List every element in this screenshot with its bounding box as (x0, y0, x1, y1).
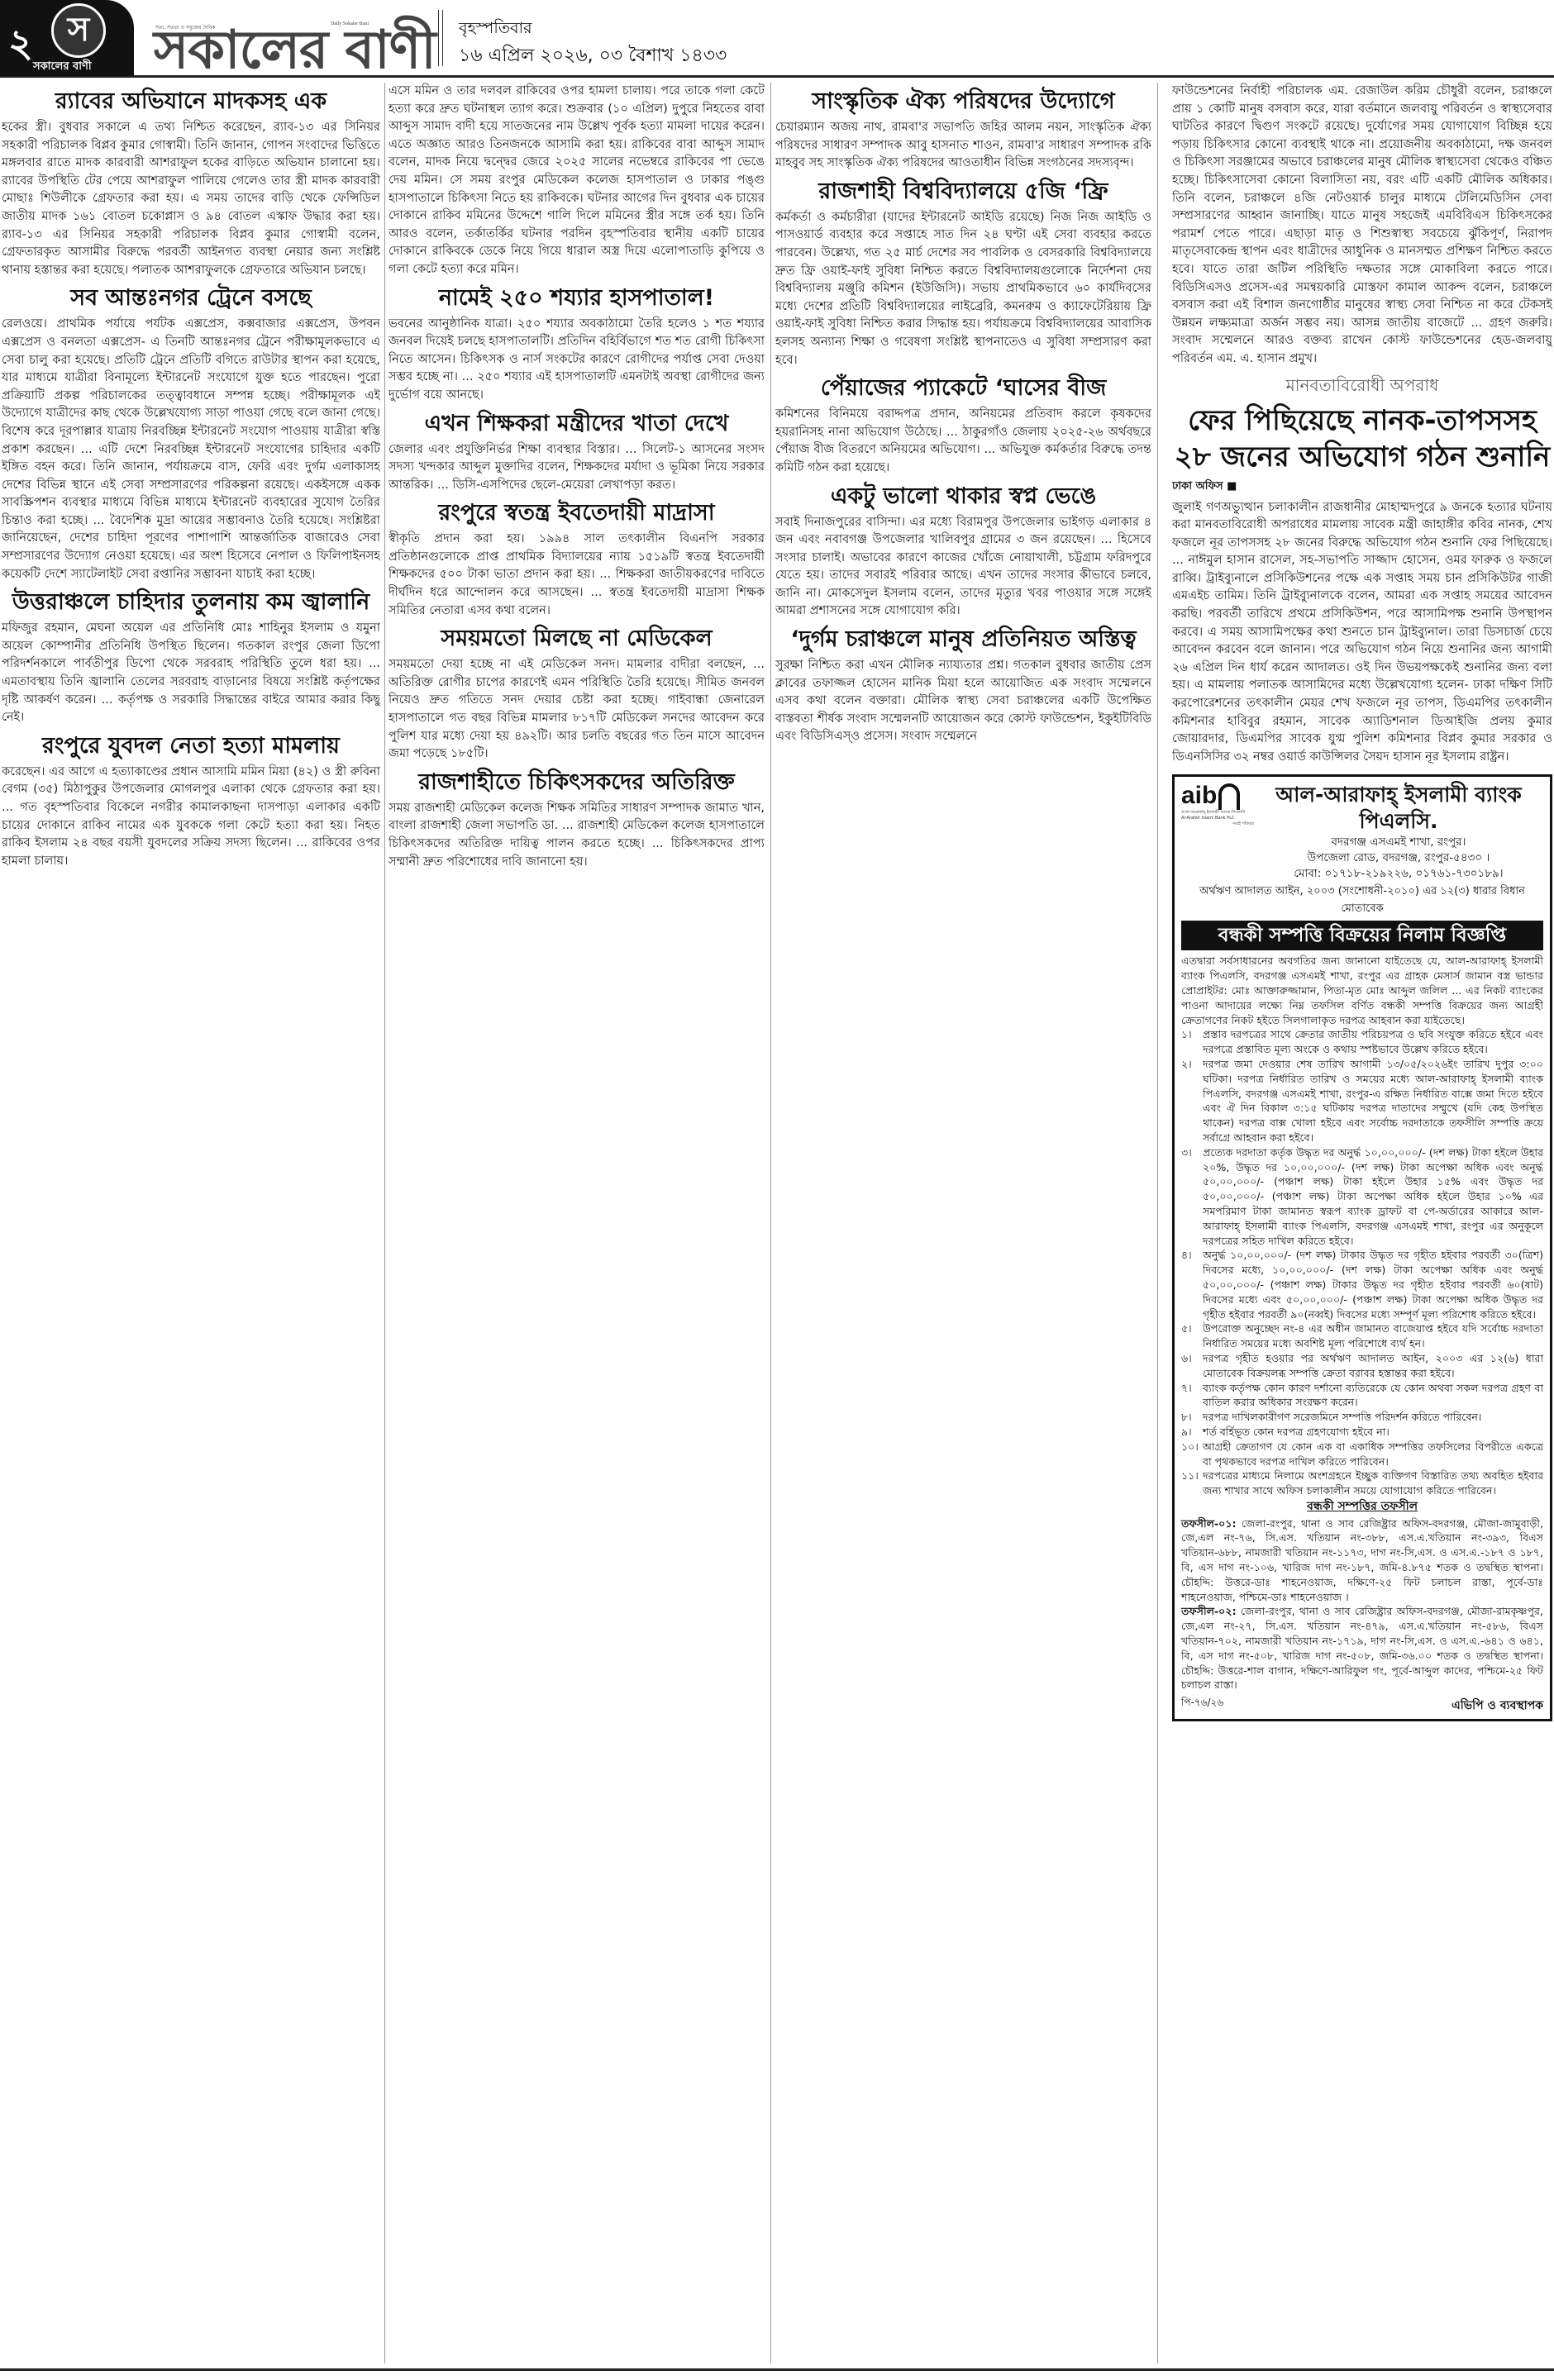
signatory: এভিপি ও ব্যবস্থাপক (1452, 1696, 1543, 1716)
ad-footer: পি-৭৬/২৬ এভিপি ও ব্যবস্থাপক (1181, 1696, 1543, 1716)
page-tab: ২ স সকালের বাণী (0, 0, 134, 76)
notice-item: ২।দরপত্র জমা দেওয়ার শেষ তারিখ আগামী ১৩/… (1181, 1057, 1543, 1145)
headline: এখন শিক্ষকরা মন্ত্রীদের খাতা দেখে (388, 410, 765, 438)
story-body: রেলওয়ে। প্রাথমিক পর্যায়ে পর্যটক এক্সপ্… (2, 316, 380, 583)
headline: ‘দুর্গম চরাঞ্চলে মানুষ প্রতিনিয়ত অস্তিত… (775, 626, 1151, 654)
headline: সব আন্তঃনগর ট্রেনে বসছে (2, 284, 380, 312)
issue-day: বৃহস্পতিবার (459, 17, 532, 43)
item-number: ১০। (1181, 1440, 1203, 1469)
notice-item: ৬।দরপত্র গৃহীত হওয়ার পর অর্থঋণ আদালত আই… (1181, 1351, 1543, 1381)
news-story: একটু ভালো থাকার স্বপ্ন ভেঙে সবাই দিনাজপু… (775, 483, 1151, 621)
bank-logo: aib আল-আরাফাহ্ ইসলামী ব্যাংক পিএলসি Al-A… (1181, 782, 1254, 827)
headline: রাজশাহীতে চিকিৎসকদের অতিরিক্ত (388, 769, 765, 797)
item-number: ৭। (1181, 1381, 1203, 1411)
item-text: দরপত্র গৃহীত হওয়ার পর অর্থঋণ আদালত আইন,… (1203, 1351, 1543, 1381)
item-text: দরপত্র দাখিলকারীগণ সরেজমিনে সম্পত্তি পরি… (1203, 1410, 1543, 1425)
notice-item: ৩।প্রত্যেক দরদাতা কর্তৃক উদ্ধৃত দর অনুর্… (1181, 1145, 1543, 1249)
logo-subtext-en: Al-Arafah Islami Bank PLC (1181, 816, 1254, 821)
page-bottom-rule (0, 2368, 1554, 2371)
page-number: ২ (8, 15, 33, 78)
notice-body: এতদ্বারা সর্বসাধারনের অবগতির জন্য জানানো… (1181, 954, 1543, 1692)
story-body: কমিশনের বিনিময়ে বরাদ্দপত্র প্রদান, অনিয… (775, 406, 1151, 477)
news-story: ‘দুর্গম চরাঞ্চলে মানুষ প্রতিনিয়ত অস্তিত… (775, 626, 1151, 746)
item-number: ৪। (1181, 1248, 1203, 1321)
news-story: ফাউন্ডেশনের নির্বাহী পরিচালক এম. রেজাউল … (1172, 83, 1552, 369)
column-2: এসে মমিন ও তার দলবল রাকিবের ওপর হামলা চা… (388, 83, 765, 2363)
column-divider (1157, 83, 1158, 2363)
schedule-text: জেলা-রংপুর, থানা ও সাব রেজিষ্ট্রার অফিস-… (1181, 1605, 1543, 1691)
item-text: দরপত্র জমা দেওয়ার শেষ তারিখ আগামী ১৩/০৫… (1203, 1057, 1543, 1145)
item-number: ৬। (1181, 1351, 1203, 1381)
logo-icon: স (51, 3, 106, 58)
column-1: র‌্যাবের অভিযানে মাদকসহ এক হকের স্ত্রী। … (2, 83, 380, 2363)
column-divider (384, 83, 385, 2363)
story-body: সুরক্ষা নিশ্চিত করা এখন মৌলিক ন্যায্যতার… (775, 657, 1151, 746)
column-divider (770, 83, 771, 2363)
column-4: ফাউন্ডেশনের নির্বাহী পরিচালক এম. রেজাউল … (1172, 83, 1552, 2368)
feature-kicker: মানবতাবিরোধী অপরাধ (1172, 374, 1552, 401)
item-text: প্রস্তাব দরপত্রের সাথে ক্রেতার জাতীয় পর… (1203, 1027, 1543, 1057)
story-body: জেলার এবং প্রযুক্তিনির্ভর শিক্ষা ব্যবস্থ… (388, 441, 765, 495)
headline: সময়মতো মিলছে না মেডিকেল (388, 625, 765, 653)
news-story: রাজশাহী বিশ্ববিদ্যালয়ে ৫জি ‘ফ্রি কর্মকর… (775, 178, 1151, 369)
schedule-title: বন্ধকী সম্পত্তির তফসীল (1181, 1500, 1543, 1515)
item-text: উপরোক্ত অনুচ্ছেদ নং-৪ এর অধীন জামানত বাজ… (1203, 1321, 1543, 1351)
masthead: ২ স সকালের বাণী সত্য, সততা ও সবুজের দৈনি… (0, 0, 1554, 78)
item-text: দরপত্রের মাধ্যমে নিলামে অংশগ্রহনে ইচ্ছুক… (1203, 1468, 1543, 1498)
notice-item: ১।প্রস্তাব দরপত্রের সাথে ক্রেতার জাতীয় … (1181, 1027, 1543, 1057)
logo-subtext-bn: আল-আরাফাহ্ ইসলামী ব্যাংক পিএলসি (1181, 810, 1254, 816)
headline: সাংস্কৃতিক ঐক্য পরিষদের উদ্যোগে (775, 88, 1151, 116)
story-body: সময় রাজশাহী মেডিকেল কলেজ শিক্ষক সমিতির … (388, 800, 765, 871)
headline: রংপুরে যুবদল নেতা হত্যা মামলায় (2, 732, 380, 760)
headline: র‌্যাবের অভিযানে মাদকসহ এক (2, 88, 380, 116)
bank-name: আল-আরাফাহ্ ইসলামী ব্যাংক পিএলসি. (1254, 782, 1543, 835)
phone-numbers: মোবা: ০১৭১৮-২১৯২২৬, ০১৭৬১-৭৩০১৮৯। (1254, 866, 1543, 882)
news-story: উত্তরাঞ্চলে চাহিদার তুলনায় কম জ্বালানি … (2, 588, 380, 727)
branch-name: বদরগঞ্জ এসএমই শাখা, রংপুর। (1254, 835, 1543, 850)
notice-banner: বন্ধকী সম্পত্তি বিক্রয়ের নিলাম বিজ্ঞপ্ত… (1181, 921, 1543, 950)
news-story: রাজশাহীতে চিকিৎসকদের অতিরিক্ত সময় রাজশা… (388, 769, 765, 871)
item-number: ১১। (1181, 1468, 1203, 1498)
logo-tagline: সবাই পরিবার (1181, 821, 1254, 827)
schedule-label: তফসীল-০২: (1181, 1605, 1237, 1617)
notice-item: ৭।ব্যাংক কর্তৃপক্ষ কোন কারণ দর্শানো ব্যত… (1181, 1381, 1543, 1411)
item-text: প্রত্যেক দরদাতা কর্তৃক উদ্ধৃত দর অনুর্দ্… (1203, 1145, 1543, 1249)
notice-item: ৮।দরপত্র দাখিলকারীগণ সরেজমিনে সম্পত্তি প… (1181, 1410, 1543, 1425)
item-number: ১। (1181, 1027, 1203, 1057)
news-story: র‌্যাবের অভিযানে মাদকসহ এক হকের স্ত্রী। … (2, 88, 380, 279)
notice-item: ৫।উপরোক্ত অনুচ্ছেদ নং-৪ এর অধীন জামানত ব… (1181, 1321, 1543, 1351)
schedule-label: তফসীল-০১: (1181, 1517, 1237, 1530)
branch-address: উপজেলা রোড, বদরগঞ্জ, রংপুর-৫৪৩০ । (1254, 850, 1543, 866)
feature-story: মানবতাবিরোধী অপরাধ ফের পিছিয়েছে নানক-তা… (1172, 374, 1552, 767)
story-body: হকের স্ত্রী। বুধবার সকালে এ তথ্য নিশ্চিত… (2, 119, 380, 279)
story-body: মফিজুর রহমান, মেঘনা অয়েল এর প্রতিনিধি ম… (2, 620, 380, 727)
news-story: এসে মমিন ও তার দলবল রাকিবের ওপর হামলা চা… (388, 83, 765, 279)
feature-headline-line1: ফের পিছিয়েছে নানক-তাপসসহ (1172, 402, 1552, 439)
headline: পেঁয়াজের প্যাকেটে ‘ঘাসের বীজ (775, 374, 1151, 402)
masthead-divider (438, 10, 443, 66)
issue-date: ১৬ এপ্রিল ২০২৬, ০৩ বৈশাখ ১৪৩৩ (459, 41, 727, 72)
news-story: নামেই ২৫০ শয্যার হাসপাতাল! ভবনের আনুষ্ঠা… (388, 284, 765, 405)
headline: একটু ভালো থাকার স্বপ্ন ভেঙে (775, 483, 1151, 511)
item-number: ৫। (1181, 1321, 1203, 1351)
headline: নামেই ২৫০ শয্যার হাসপাতাল! (388, 284, 765, 312)
law-reference: অর্থঋণ আদালত আইন, ২০০৩ (সংশোধনী-২০১০) এর… (1181, 883, 1543, 918)
ad-ref-code: পি-৭৬/২৬ (1181, 1696, 1223, 1716)
item-text: ব্যাংক কর্তৃপক্ষ কোন কারণ দর্শানো ব্যতির… (1203, 1381, 1543, 1411)
notice-item: ১১।দরপত্রের মাধ্যমে নিলামে অংশগ্রহনে ইচ্… (1181, 1468, 1543, 1498)
story-body: সময়মতো দেয়া হচ্ছে না এই মেডিকেল সনদ। ম… (388, 656, 765, 764)
item-number: ৯। (1181, 1425, 1203, 1440)
story-body: চেয়ারম্যান অজয় নাথ, রামবা'র সভাপতি জহি… (775, 119, 1151, 173)
story-body: করেছেন। এর আগে এ হত্যাকাণ্ডের প্রধান আসা… (2, 764, 380, 871)
story-body: এসে মমিন ও তার দলবল রাকিবের ওপর হামলা চা… (388, 83, 765, 279)
item-text: শর্ত বর্হিভূত কোন দরপত্র গ্রহণযোগ্য হইবে… (1203, 1425, 1543, 1440)
schedule-entry: তফসীল-০২: জেলা-রংপুর, থানা ও সাব রেজিষ্ট… (1181, 1604, 1543, 1692)
schedule-text: জেলা-রংপুর, থানা ও সাব রেজিষ্ট্রার অফিস-… (1181, 1517, 1543, 1603)
item-number: ৩। (1181, 1145, 1203, 1249)
aib-logo-icon: aib (1181, 782, 1217, 809)
notice-item: ৯।শর্ত বর্হিভূত কোন দরপত্র গ্রহণযোগ্য হই… (1181, 1425, 1543, 1440)
item-number: ২। (1181, 1057, 1203, 1145)
headline: রংপুরে স্বতন্ত্র ইবতেদায়ী মাদ্রাসা (388, 499, 765, 527)
news-story: রংপুরে স্বতন্ত্র ইবতেদায়ী মাদ্রাসা স্বী… (388, 499, 765, 620)
schedule-entry: তফসীল-০১: জেলা-রংপুর, থানা ও সাব রেজিষ্ট… (1181, 1516, 1543, 1605)
news-story: এখন শিক্ষকরা মন্ত্রীদের খাতা দেখে জেলার … (388, 410, 765, 495)
notice-item: ১০।আগ্রহী ক্রেতাগণ যে কোন এক বা একাধিক স… (1181, 1440, 1543, 1469)
column-3: সাংস্কৃতিক ঐক্য পরিষদের উদ্যোগে চেয়ারম্… (775, 83, 1151, 2363)
story-body: ভবনের আনুষ্ঠানিক যাত্রা। ২৫০ শয্যার অবকা… (388, 316, 765, 405)
bank-info: আল-আরাফাহ্ ইসলামী ব্যাংক পিএলসি. বদরগঞ্জ… (1254, 782, 1543, 882)
story-body: ফাউন্ডেশনের নির্বাহী পরিচালক এম. রেজাউল … (1172, 83, 1552, 369)
auction-notice-ad: aib আল-আরাফাহ্ ইসলামী ব্যাংক পিএলসি Al-A… (1172, 774, 1552, 1721)
item-text: অনুর্দ্ধ ১০,০০,০০০/- (দশ লক্ষ) টাকার উদ্… (1203, 1248, 1543, 1321)
headline: রাজশাহী বিশ্ববিদ্যালয়ে ৫জি ‘ফ্রি (775, 178, 1151, 206)
notice-item: ৪।অনুর্দ্ধ ১০,০০,০০০/- (দশ লক্ষ) টাকার উ… (1181, 1248, 1543, 1321)
feature-headline-line2: ২৮ জনের অভিযোগ গঠন শুনানি (1172, 439, 1552, 475)
notice-intro: এতদ্বারা সর্বসাধারনের অবগতির জন্য জানানো… (1181, 954, 1543, 1027)
dateline: ঢাকা অফিস ■ (1172, 478, 1552, 496)
story-body: কর্মকর্তা ও কর্মচারীরা (যাদের ইন্টারনেট … (775, 209, 1151, 369)
story-body: সবাই দিনাজপুরের বাসিন্দা। এর মধ্যে বিরাম… (775, 514, 1151, 621)
mosque-arch-icon (1218, 783, 1240, 810)
logo-caption: সকালের বাণী (33, 59, 92, 76)
news-story: পেঁয়াজের প্যাকেটে ‘ঘাসের বীজ কমিশনের বি… (775, 374, 1151, 477)
item-number: ৮। (1181, 1410, 1203, 1425)
news-story: সাংস্কৃতিক ঐক্য পরিষদের উদ্যোগে চেয়ারম্… (775, 88, 1151, 173)
story-body: স্বীকৃতি প্রদান করা হয়। ১৯৯৪ সাল তৎকালী… (388, 531, 765, 620)
story-body: জুলাই গণঅভ্যুত্থান চলাকালীন রাজধানীর মোহ… (1172, 499, 1552, 767)
news-story: সব আন্তঃনগর ট্রেনে বসছে রেলওয়ে। প্রাথমি… (2, 284, 380, 583)
item-text: আগ্রহী ক্রেতাগণ যে কোন এক বা একাধিক সম্প… (1203, 1440, 1543, 1469)
headline: উত্তরাঞ্চলে চাহিদার তুলনায় কম জ্বালানি (2, 588, 380, 616)
ad-header: aib আল-আরাফাহ্ ইসলামী ব্যাংক পিএলসি Al-A… (1181, 782, 1543, 882)
news-story: সময়মতো মিলছে না মেডিকেল সময়মতো দেয়া হ… (388, 625, 765, 764)
news-story: রংপুরে যুবদল নেতা হত্যা মামলায় করেছেন। … (2, 732, 380, 871)
